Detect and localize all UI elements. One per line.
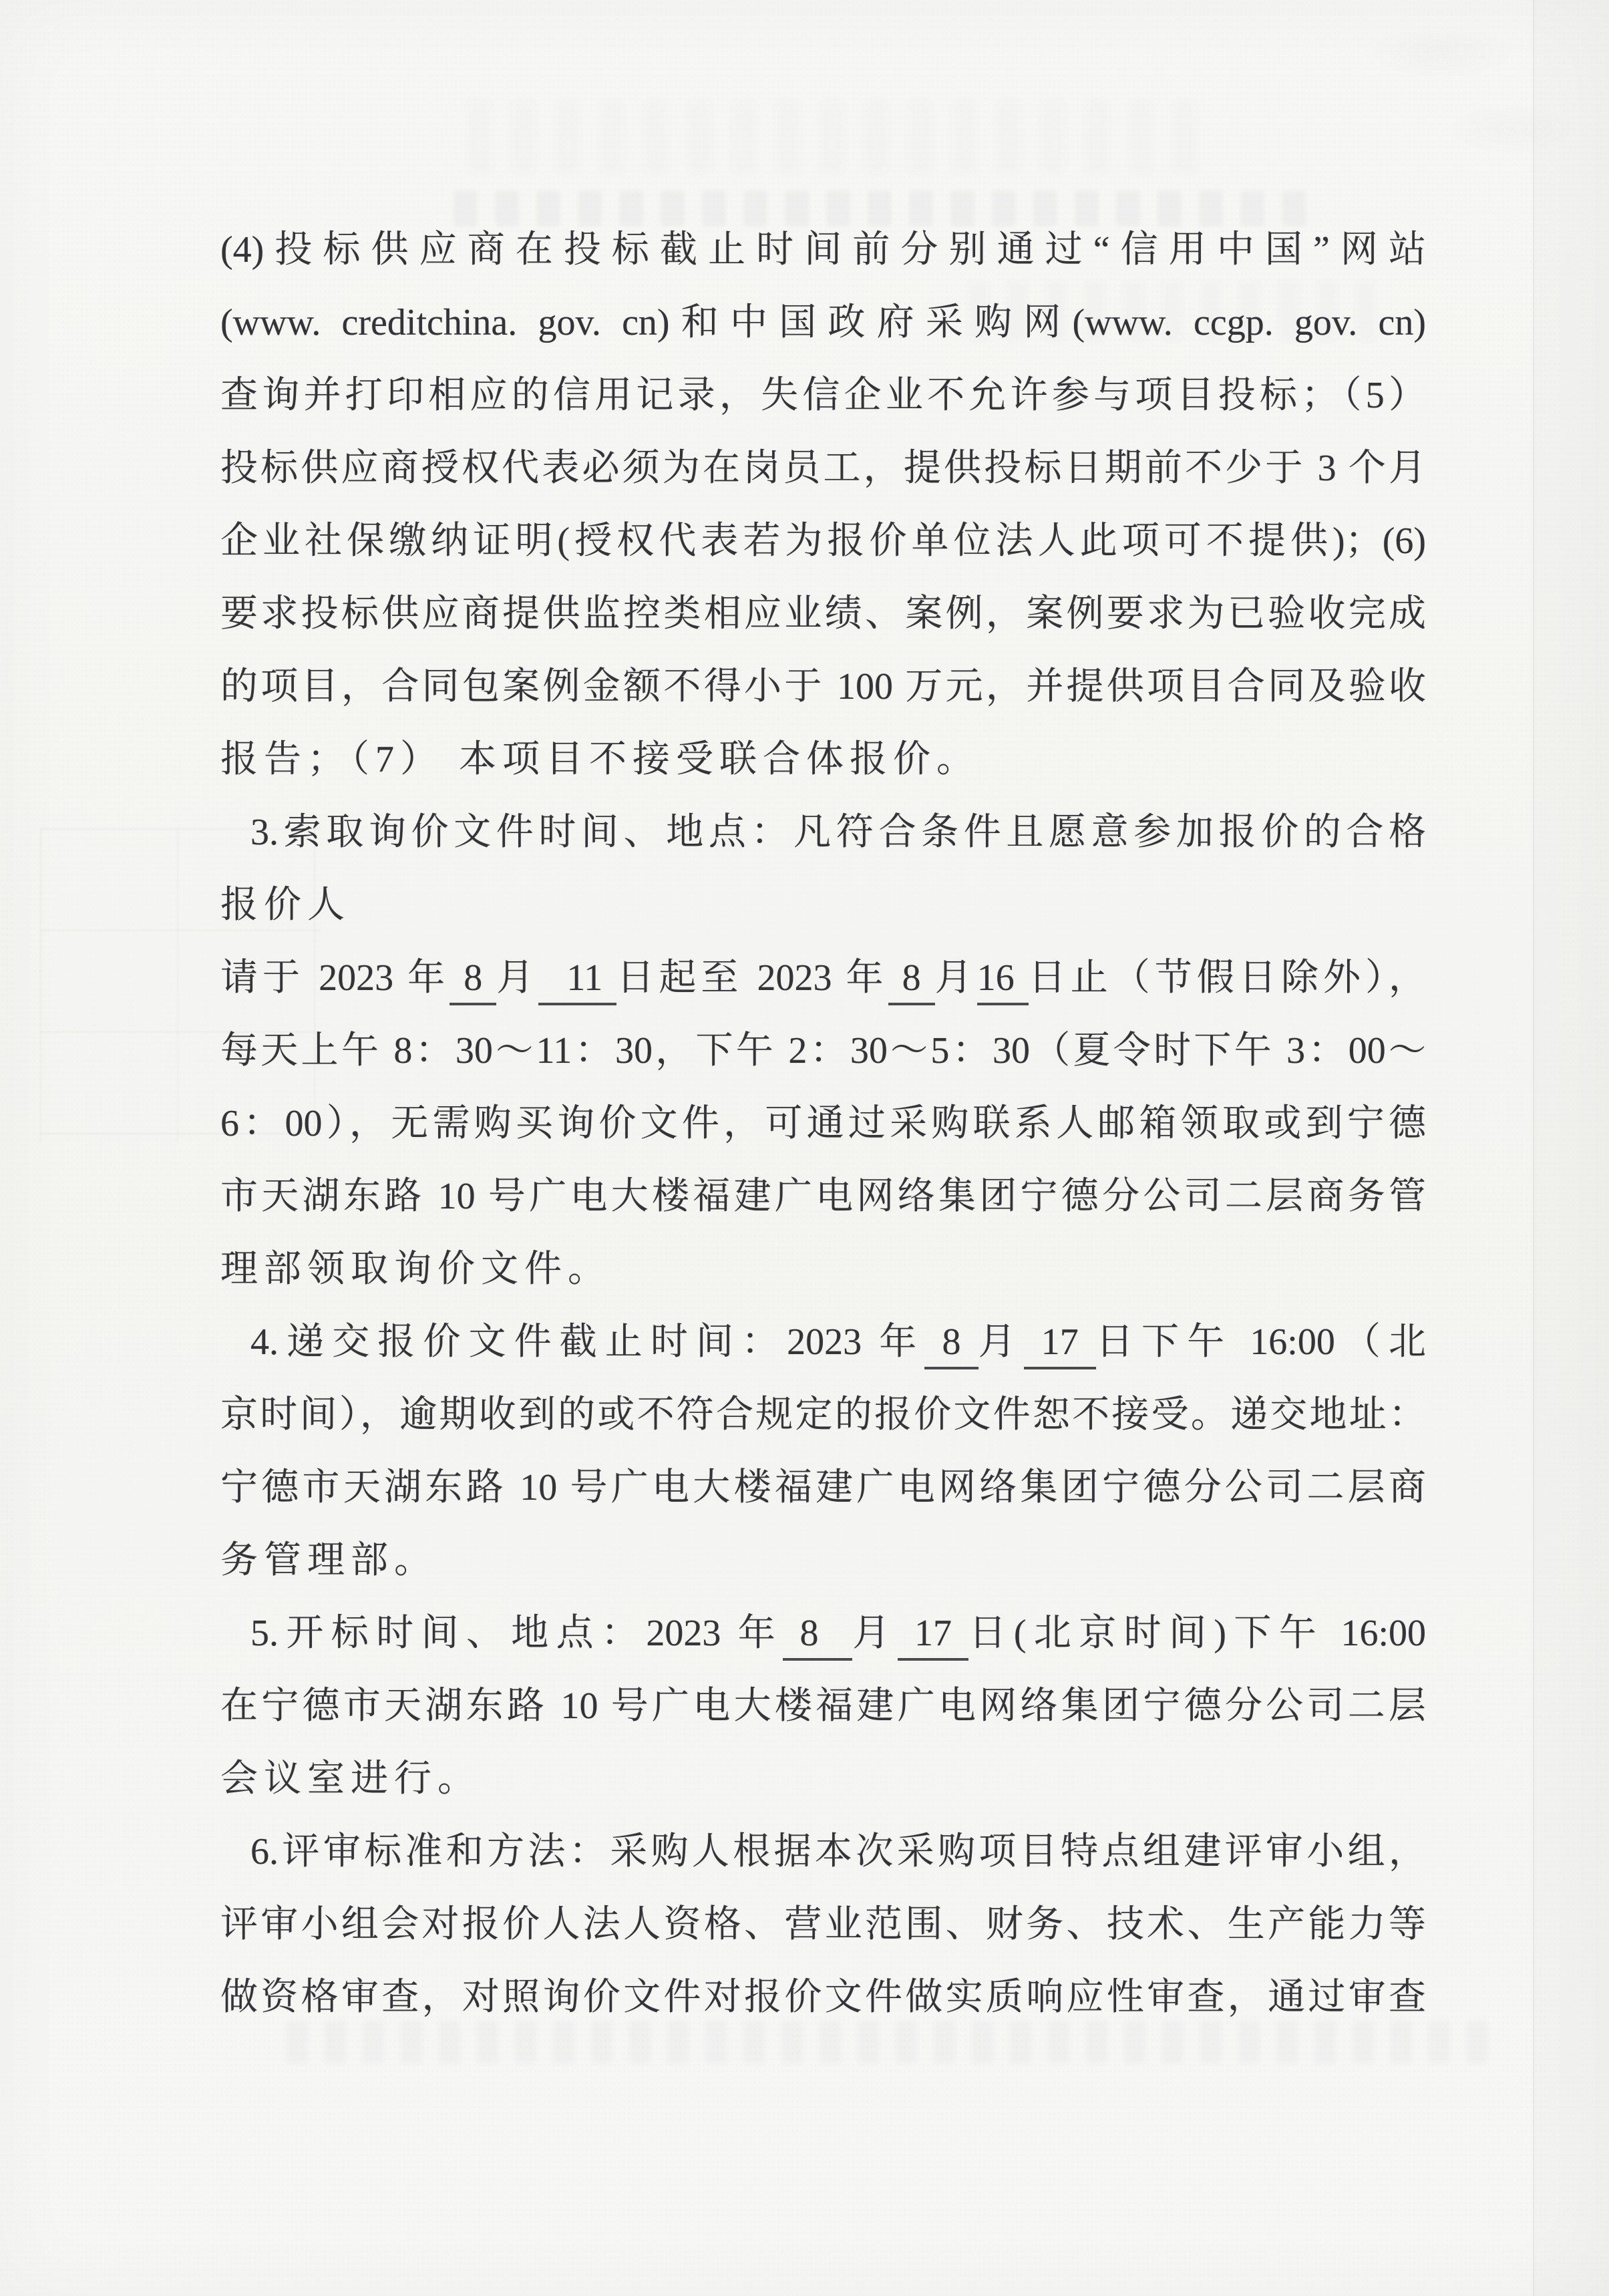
underlined-blank: 8	[924, 1321, 978, 1369]
text-segment: 每天上午 8：30～11：30，下午 2：30～5：30（夏令时下午 3：00～	[220, 1030, 1426, 1072]
text-segment: 投标供应商授权代表必须为在岗员工，提供投标日期前不少于 3 个月	[220, 448, 1426, 489]
text-line: 报告；（7） 本项目不接受联合体报价。	[220, 735, 1426, 808]
text-line: 市天湖东路 10 号广电大楼福建广电网络集团宁德分公司二层商务管	[220, 1172, 1426, 1245]
text-segment: 会议室进行。	[220, 1758, 481, 1800]
underlined-blank: 16	[977, 957, 1029, 1005]
text-segment: 做资格审查，对照询价文件对报价文件做实质响应性审查，通过审查	[220, 1977, 1426, 2018]
text-segment: 日起至 2023 年	[616, 957, 888, 999]
text-segment: 6.评审标准和方法：采购人根据本次采购项目特点组建评审小组，	[250, 1831, 1426, 1872]
text-segment: 理部领取询价文件。	[220, 1249, 611, 1290]
underlined-blank: 8	[783, 1613, 852, 1661]
text-segment: 4.递交报价文件截止时间：2023 年	[250, 1321, 924, 1363]
document-lines: (4)投标供应商在投标截止时间前分别通过“信用中国”网站(www. credit…	[220, 226, 1426, 2046]
text-segment: 日止（节假日除外），	[1029, 957, 1426, 999]
text-segment: 3.索取询价文件时间、地点：凡符合条件且愿意参加报价的合格	[250, 812, 1426, 853]
text-line: 6.评审标准和方法：采购人根据本次采购项目特点组建评审小组，	[220, 1828, 1426, 1901]
text-segment: 日下午 16:00（北	[1096, 1321, 1426, 1363]
text-segment: 5.开标时间、地点：2023 年	[250, 1613, 783, 1654]
text-line: 京时间），逾期收到的或不符合规定的报价文件恕不接受。递交地址：	[220, 1391, 1426, 1464]
document-body: (4)投标供应商在投标截止时间前分别通过“信用中国”网站(www. credit…	[220, 226, 1426, 2046]
text-segment: 月	[852, 1613, 897, 1654]
text-segment: 日(北京时间)下午 16:00	[968, 1613, 1426, 1654]
text-line: 4.递交报价文件截止时间：2023 年 8 月 17 日下午 16:00（北	[220, 1318, 1426, 1391]
underlined-blank: 8	[450, 957, 496, 1005]
bleed-through-title-ghost	[468, 100, 1202, 174]
text-line: 企业社保缴纳证明(授权代表若为报价单位法人此项可不提供)；(6)	[220, 517, 1426, 590]
text-line: 6：00），无需购买询价文件，可通过采购联系人邮箱领取或到宁德	[220, 1100, 1426, 1172]
corner-smudge-top-right	[1329, 13, 1609, 167]
text-line: (www. creditchina. gov. cn)和中国政府采购网(www.…	[220, 299, 1426, 371]
underlined-blank: 8	[888, 957, 935, 1005]
text-line: 报价人	[220, 881, 1426, 954]
text-line: 评审小组会对报价人法人资格、营业范围、财务、技术、生产能力等	[220, 1901, 1426, 1973]
text-line: 会议室进行。	[220, 1755, 1426, 1828]
text-line: 投标供应商授权代表必须为在岗员工，提供投标日期前不少于 3 个月	[220, 444, 1426, 517]
text-line: 务管理部。	[220, 1536, 1426, 1609]
text-segment: 报价人	[220, 884, 351, 926]
text-segment: 报告；（7） 本项目不接受联合体报价。	[220, 739, 980, 780]
text-line: 的项目，合同包案例金额不得小于 100 万元，并提供项目合同及验收	[220, 663, 1426, 735]
text-line: 在宁德市天湖东路 10 号广电大楼福建广电网络集团宁德分公司二层	[220, 1682, 1426, 1755]
text-line: 3.索取询价文件时间、地点：凡符合条件且愿意参加报价的合格	[220, 808, 1426, 881]
text-segment: (www. creditchina. gov. cn)和中国政府采购网(www.…	[220, 302, 1426, 343]
text-segment: 月	[935, 957, 977, 999]
text-segment: 6：00），无需购买询价文件，可通过采购联系人邮箱领取或到宁德	[220, 1103, 1426, 1144]
text-segment: 评审小组会对报价人法人资格、营业范围、财务、技术、生产能力等	[220, 1904, 1426, 1945]
page-edge-shade	[1534, 0, 1609, 2296]
text-line: 宁德市天湖东路 10 号广电大楼福建广电网络集团宁德分公司二层商	[220, 1464, 1426, 1536]
text-line: 请于 2023 年 8 月 11 日起至 2023 年 8 月16 日止（节假日…	[220, 954, 1426, 1027]
text-segment: 京时间），逾期收到的或不符合规定的报价文件恕不接受。递交地址：	[220, 1394, 1426, 1436]
text-segment: 月	[496, 957, 538, 999]
page-edge-line	[1533, 0, 1534, 2296]
text-segment: 企业社保缴纳证明(授权代表若为报价单位法人此项可不提供)；(6)	[220, 520, 1426, 562]
text-segment: 市天湖东路 10 号广电大楼福建广电网络集团宁德分公司二层商务管	[220, 1176, 1426, 1217]
text-line: 要求投标供应商提供监控类相应业绩、案例，案例要求为已验收完成	[220, 590, 1426, 663]
underlined-blank: 17	[898, 1613, 969, 1661]
text-segment: 的项目，合同包案例金额不得小于 100 万元，并提供项目合同及验收	[220, 666, 1426, 707]
underlined-blank: 11	[538, 957, 616, 1005]
text-line: 查询并打印相应的信用记录，失信企业不允许参与项目投标；（5）	[220, 371, 1426, 444]
text-segment: 宁德市天湖东路 10 号广电大楼福建广电网络集团宁德分公司二层商	[220, 1467, 1426, 1508]
text-line: (4)投标供应商在投标截止时间前分别通过“信用中国”网站	[220, 226, 1426, 299]
underlined-blank: 17	[1024, 1321, 1096, 1369]
text-line: 理部领取询价文件。	[220, 1245, 1426, 1318]
text-segment: 要求投标供应商提供监控类相应业绩、案例，案例要求为已验收完成	[220, 593, 1426, 635]
scanned-page: (4)投标供应商在投标截止时间前分别通过“信用中国”网站(www. credit…	[0, 0, 1609, 2296]
text-segment: 在宁德市天湖东路 10 号广电大楼福建广电网络集团宁德分公司二层	[220, 1685, 1426, 1727]
text-line: 做资格审查，对照询价文件对报价文件做实质响应性审查，通过审查	[220, 1973, 1426, 2046]
text-segment: 月	[978, 1321, 1024, 1363]
text-segment: 查询并打印相应的信用记录，失信企业不允许参与项目投标；（5）	[220, 375, 1426, 416]
text-line: 5.开标时间、地点：2023 年 8 月 17 日(北京时间)下午 16:00	[220, 1609, 1426, 1682]
text-segment: 务管理部。	[220, 1540, 437, 1581]
text-line: 每天上午 8：30～11：30，下午 2：30～5：30（夏令时下午 3：00～	[220, 1027, 1426, 1100]
text-segment: (4)投标供应商在投标截止时间前分别通过“信用中国”网站	[220, 229, 1426, 271]
text-segment: 请于 2023 年	[220, 957, 450, 999]
bleed-through-line-ghost-top	[454, 191, 1309, 226]
